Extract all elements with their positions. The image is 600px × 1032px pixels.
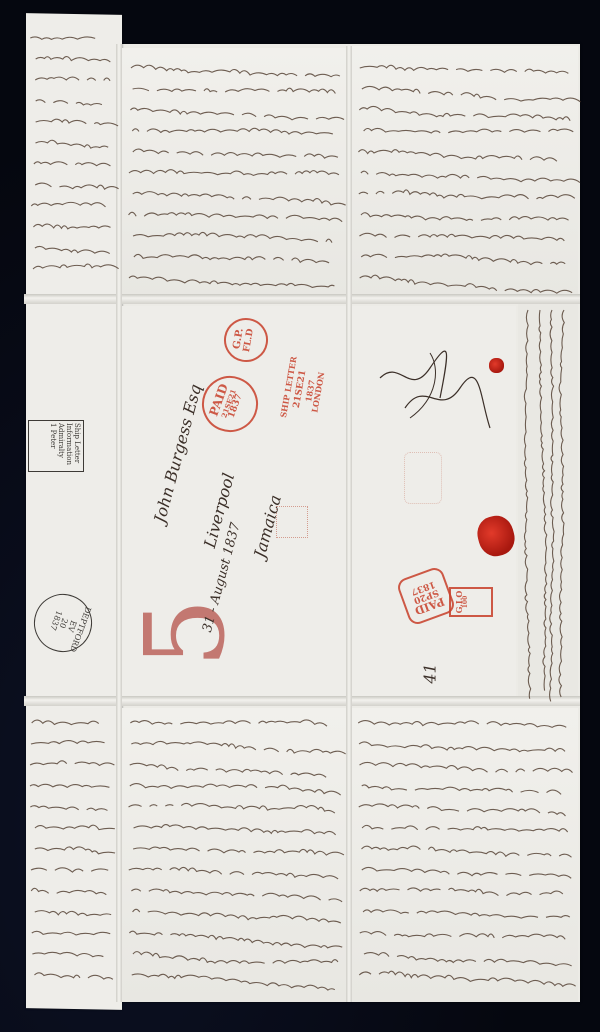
bottom-note: 41 (421, 663, 440, 683)
rate-numeral: 5 (130, 598, 240, 668)
ship-letter-box-postmark: Ship Letter Information Admiralty 1 Pete… (28, 420, 84, 472)
signature-flourish (370, 338, 500, 438)
faint-red-mark-2 (404, 452, 442, 504)
gio-box-postmark: G.I.O 100 (449, 587, 493, 617)
